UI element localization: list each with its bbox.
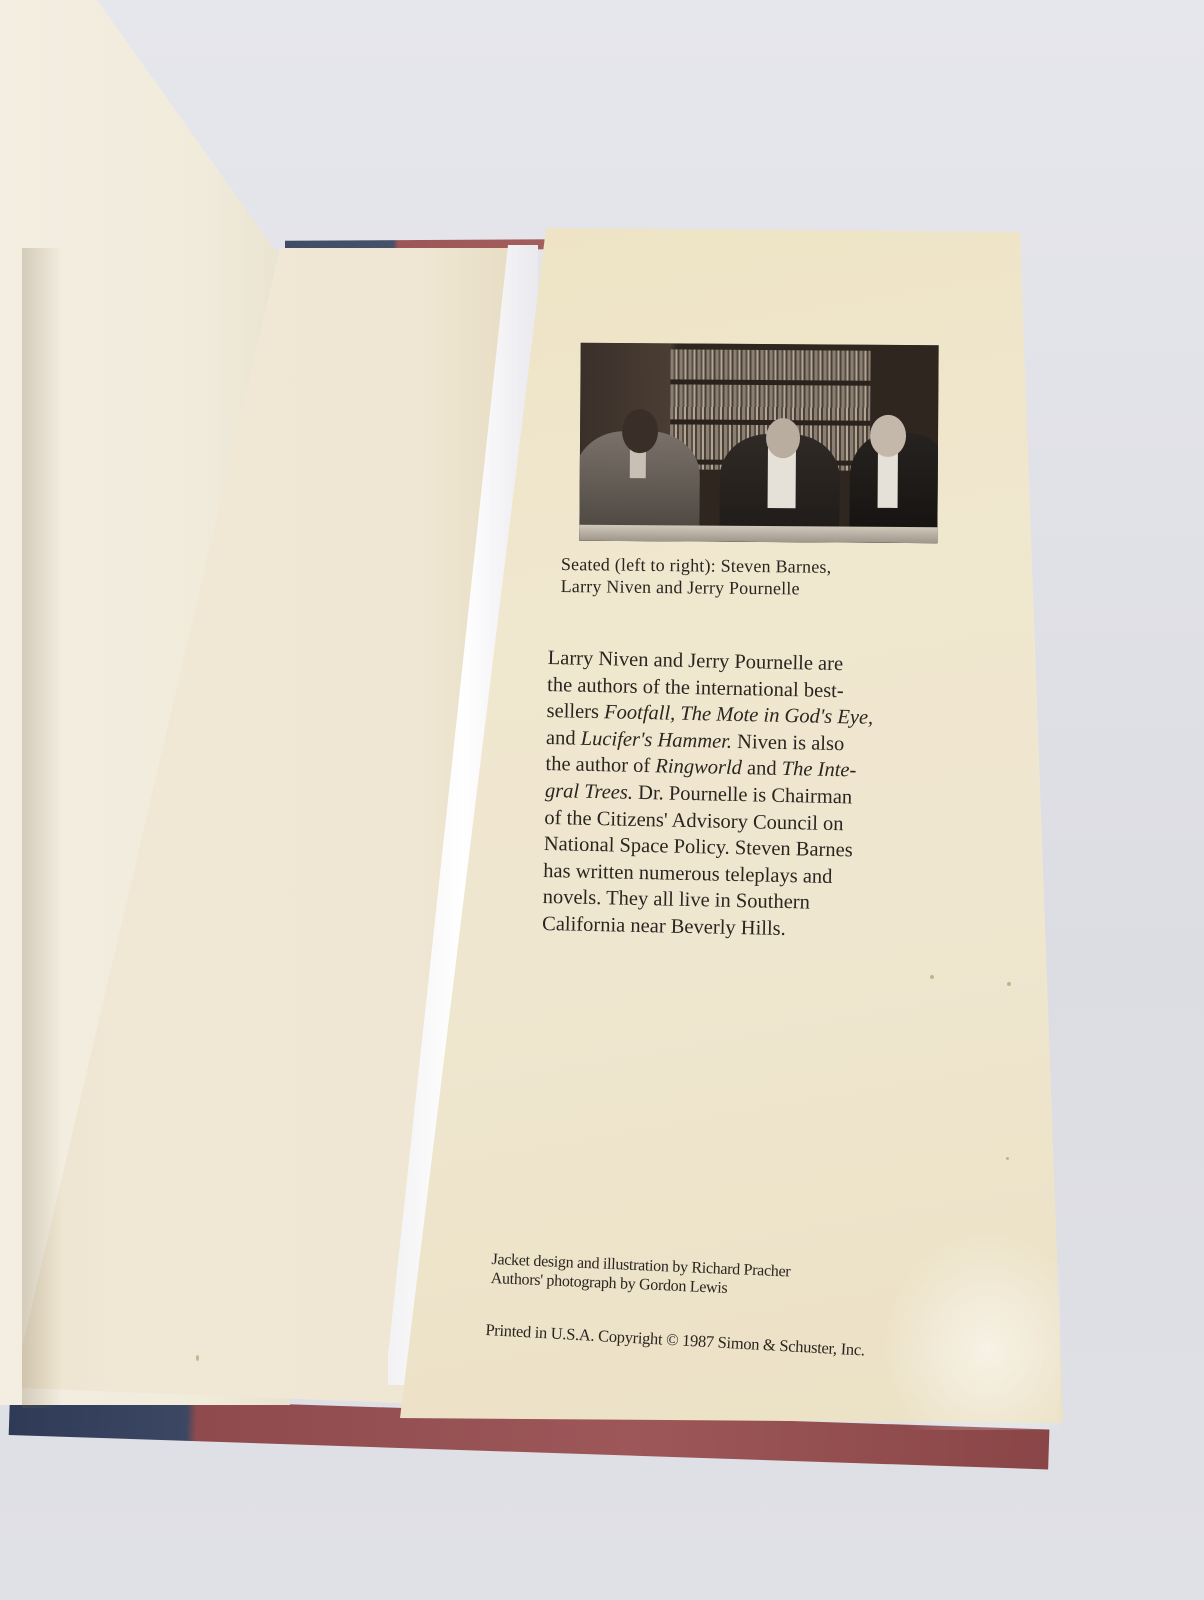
photo-caption: Seated (left to right): Steven Barnes, L…: [561, 553, 931, 601]
book-title: Footfall, The Mote in God's Eye,: [604, 701, 874, 729]
foxing-spot: [930, 975, 934, 979]
bio-text: Niven is also: [732, 731, 845, 755]
bio-text: has written numerous teleplays and: [543, 860, 833, 888]
bio-text: and: [742, 757, 782, 780]
bio-text: and: [546, 727, 581, 750]
foxing-spot: [196, 1355, 199, 1361]
bio-text: of the Citizens' Advisory Council on: [544, 807, 844, 835]
flap-content: Seated (left to right): Steven Barnes, L…: [0, 0, 1204, 1600]
book-photo-scene: Seated (left to right): Steven Barnes, L…: [0, 0, 1204, 1600]
caption-line: Larry Niven and Jerry Pournelle: [561, 575, 931, 601]
credits: Jacket design and illustration by Richar…: [490, 1250, 971, 1308]
bio-text: the author of: [545, 753, 655, 777]
bio-text: sellers: [546, 700, 604, 723]
book-title: Lucifer's Hammer.: [581, 727, 733, 752]
book-title: The Inte-: [782, 758, 857, 782]
bio-text: California near Beverly Hills.: [542, 913, 786, 940]
bio-text: Larry Niven and Jerry Pournelle are: [547, 647, 843, 675]
bio-text: Dr. Pournelle is Chairman: [633, 782, 853, 809]
author-bio: Larry Niven and Jerry Pournelle arethe a…: [542, 645, 968, 946]
foxing-spot: [1006, 1157, 1009, 1160]
authors-photo: [579, 343, 938, 543]
bio-text: novels. They all live in Southern: [542, 886, 810, 914]
bio-text: National Space Policy. Steven Barnes: [544, 833, 853, 861]
copyright-line: Printed in U.S.A. Copyright © 1987 Simon…: [485, 1320, 985, 1367]
foxing-spot: [1007, 982, 1011, 986]
book-title: gral Trees.: [545, 780, 634, 804]
book-title: Ringworld: [655, 756, 742, 780]
bio-text: the authors of the international best-: [547, 674, 844, 702]
